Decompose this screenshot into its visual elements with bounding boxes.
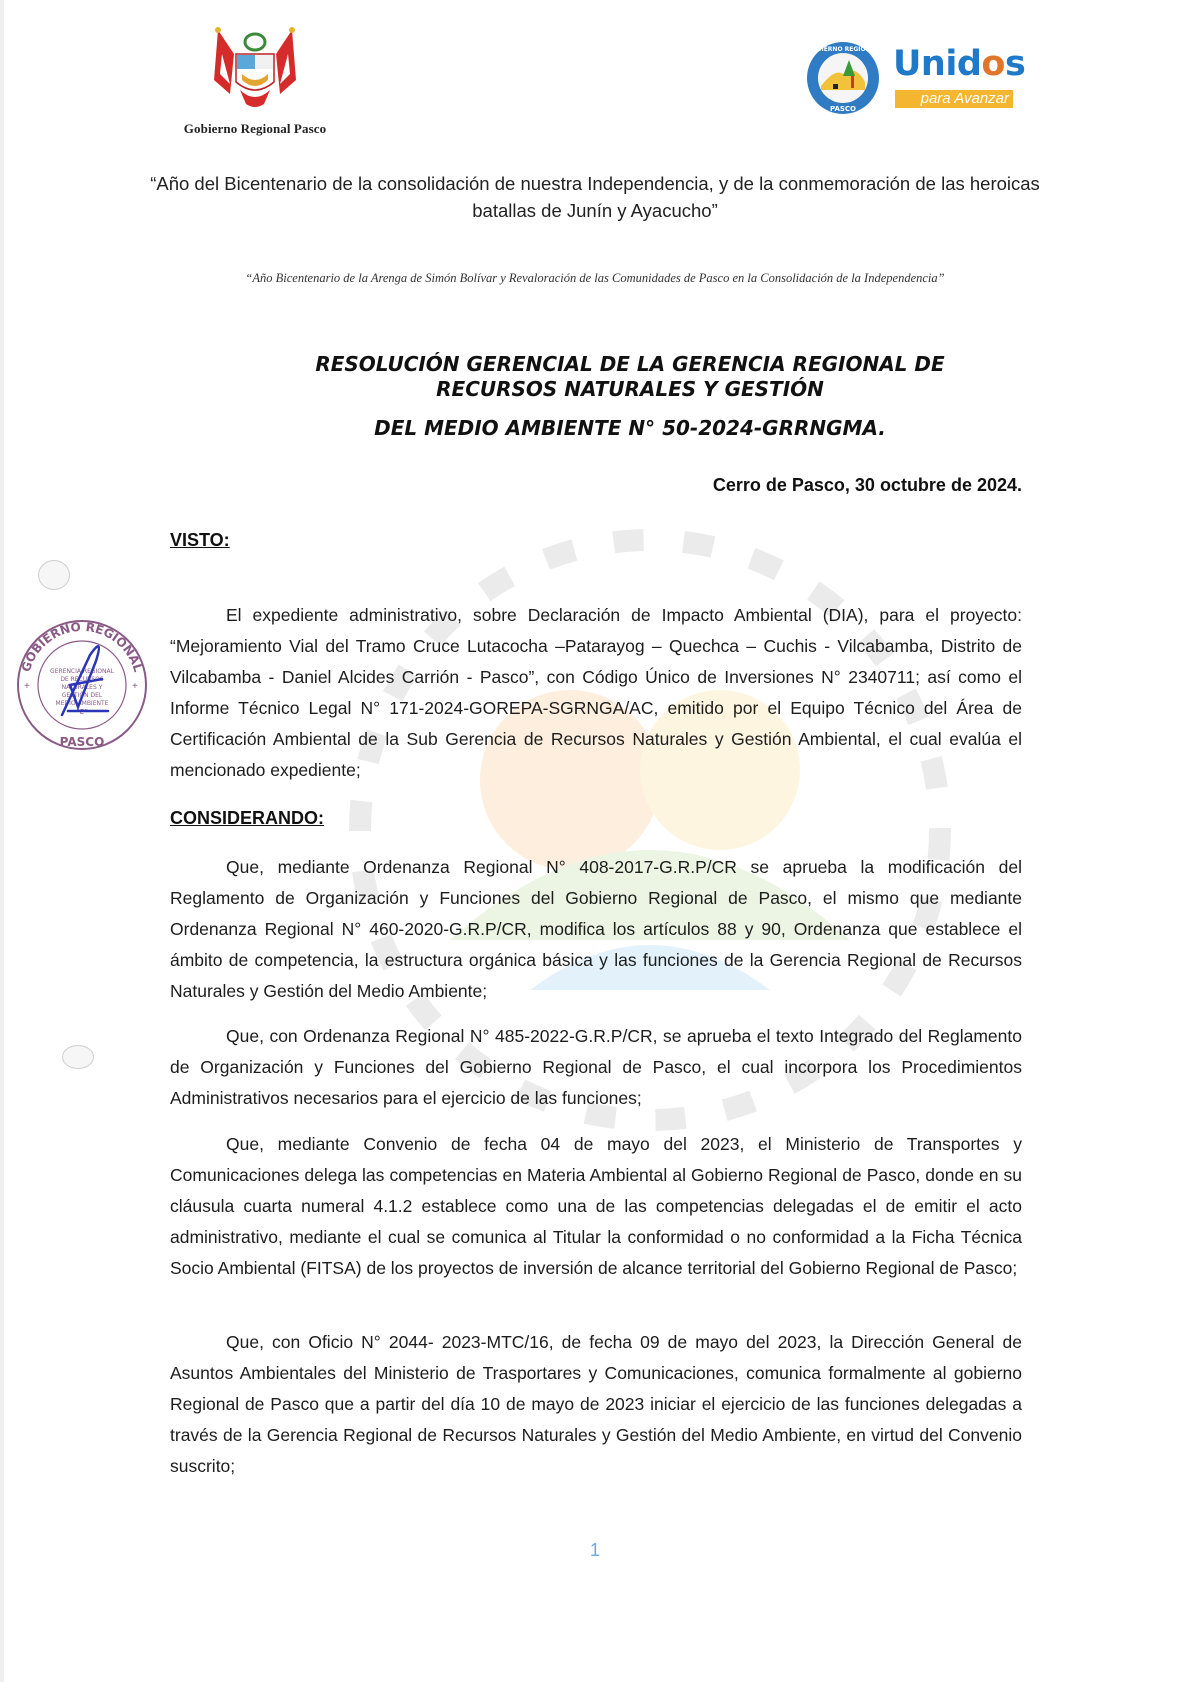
title-line-1: RESOLUCIÓN GERENCIAL DE LA GERENCIA REGI…	[315, 352, 944, 376]
svg-text:GOBIERNO REGIONAL: GOBIERNO REGIONAL	[19, 620, 146, 674]
considerando-heading: CONSIDERANDO:	[170, 808, 324, 829]
svg-text:PASCO: PASCO	[830, 105, 856, 113]
date-line: Cerro de Pasco, 30 octubre de 2024.	[713, 475, 1022, 496]
national-year-motto: “Año del Bicentenario de la consolidació…	[150, 170, 1040, 224]
resolution-title: RESOLUCIÓN GERENCIAL DE LA GERENCIA REGI…	[250, 352, 1010, 441]
gobierno-regional-logo: Gobierno Regional Pasco	[170, 24, 340, 137]
considerando-paragraph: Que, mediante Convenio de fecha 04 de ma…	[170, 1129, 1022, 1284]
scan-edge	[0, 0, 4, 1682]
considerando-paragraph: Que, con Ordenanza Regional N° 485-2022-…	[170, 1021, 1022, 1114]
svg-text:GOBIERNO REGIONAL: GOBIERNO REGIONAL	[807, 46, 879, 53]
svg-text:PASCO: PASCO	[60, 735, 105, 749]
page-number: 1	[0, 1540, 1190, 1561]
official-stamp-icon: GOBIERNO REGIONAL PASCO GERENCIA REGIONA…	[12, 615, 152, 755]
svg-text:NATURALES Y: NATURALES Y	[62, 684, 103, 691]
regional-year-motto: “Año Bicentenario de la Arenga de Simón …	[195, 270, 995, 286]
svg-text:+: +	[132, 681, 138, 692]
document-page: Gobierno Regional Pasco GOBIERNO REGIONA…	[0, 0, 1190, 1682]
visto-heading: VISTO:	[170, 530, 230, 551]
visto-paragraph: El expediente administrativo, sobre Decl…	[170, 600, 1022, 786]
visto-text: El expediente administrativo, sobre Decl…	[170, 605, 1022, 780]
punch-hole	[62, 1045, 94, 1069]
considerando-paragraph: Que, mediante Ordenanza Regional N° 408-…	[170, 852, 1022, 1007]
brand-tagline: para Avanzar	[895, 90, 1013, 108]
svg-text:MEDIO AMBIENTE: MEDIO AMBIENTE	[56, 700, 109, 707]
logo-caption: Gobierno Regional Pasco	[170, 121, 340, 137]
considerando-paragraph: Que, con Oficio N° 2044- 2023-MTC/16, de…	[170, 1327, 1022, 1482]
punch-hole	[38, 560, 70, 590]
svg-text:+: +	[24, 681, 30, 692]
unidos-brand-logo: GOBIERNO REGIONAL PASCO Unidos para Avan…	[805, 40, 1035, 126]
title-line-2: RECURSOS NATURALES Y GESTIÓN	[436, 377, 824, 401]
brand-word: Unidos	[893, 44, 1025, 84]
peru-coat-of-arms-icon	[200, 24, 310, 110]
regional-seal-icon: GOBIERNO REGIONAL PASCO	[805, 40, 881, 116]
title-line-3: DEL MEDIO AMBIENTE N° 50-2024-GRRNGMA.	[250, 416, 1010, 441]
